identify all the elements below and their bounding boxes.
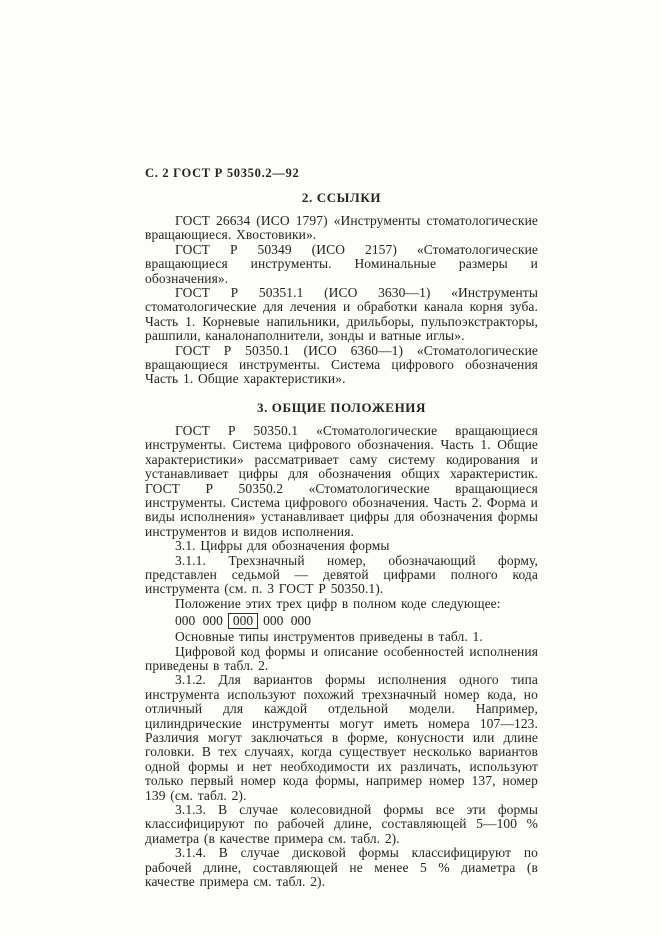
clause-3-1-4: 3.1.4. В случае дисковой формы классифиц… — [145, 846, 538, 889]
section-references: 2. ССЫЛКИ ГОСТ 26634 (ИСО 1797) «Инструм… — [145, 190, 538, 387]
section-general-heading: 3. ОБЩИЕ ПОЛОЖЕНИЯ — [145, 400, 538, 415]
digit-code-position-line: 000 000000000 000 — [145, 612, 538, 629]
paragraph-gost-r-50350-1: ГОСТ Р 50350.1 (ИСО 6360—1) «Стоматологи… — [145, 344, 538, 387]
clause-3-1-1: 3.1.1. Трехзначный номер, обозначающий ф… — [145, 554, 538, 597]
section-references-heading: 2. ССЫЛКИ — [145, 190, 538, 205]
paragraph-gost-r-50351-1: ГОСТ Р 50351.1 (ИСО 3630—1) «Инструменты… — [145, 286, 538, 344]
scanned-document-page: С. 2 ГОСТ Р 50350.2—92 2. ССЫЛКИ ГОСТ 26… — [0, 0, 661, 935]
paragraph-gost-r-50349: ГОСТ Р 50349 (ИСО 2157) «Стоматологическ… — [145, 243, 538, 286]
code-groups-before: 000 000 — [175, 613, 223, 628]
paragraph-code-position-intro: Положение этих трех цифр в полном коде с… — [145, 597, 538, 611]
section-references-body: ГОСТ 26634 (ИСО 1797) «Инструменты стома… — [145, 214, 538, 387]
paragraph-table-1-reference: Основные типы инструментов приведены в т… — [145, 630, 538, 644]
code-groups-after: 000 000 — [263, 613, 311, 628]
running-header: С. 2 ГОСТ Р 50350.2—92 — [145, 166, 538, 180]
clause-3-1-3: 3.1.3. В случае колесовидной формы все э… — [145, 803, 538, 846]
paragraph-general-intro: ГОСТ Р 50350.1 «Стоматологические вращаю… — [145, 424, 538, 539]
highlighted-code-group: 000 — [228, 613, 258, 629]
content-column: С. 2 ГОСТ Р 50350.2—92 2. ССЫЛКИ ГОСТ 26… — [145, 166, 538, 889]
section-general-body: ГОСТ Р 50350.1 «Стоматологические вращаю… — [145, 424, 538, 890]
paragraph-gost-26634: ГОСТ 26634 (ИСО 1797) «Инструменты стома… — [145, 214, 538, 243]
paragraph-table-2-reference: Цифровой код формы и описание особенност… — [145, 645, 538, 674]
section-general-provisions: 3. ОБЩИЕ ПОЛОЖЕНИЯ ГОСТ Р 50350.1 «Стома… — [145, 400, 538, 890]
clause-3-1: 3.1. Цифры для обозначения формы — [145, 539, 538, 553]
clause-3-1-2: 3.1.2. Для вариантов формы исполнения од… — [145, 673, 538, 803]
